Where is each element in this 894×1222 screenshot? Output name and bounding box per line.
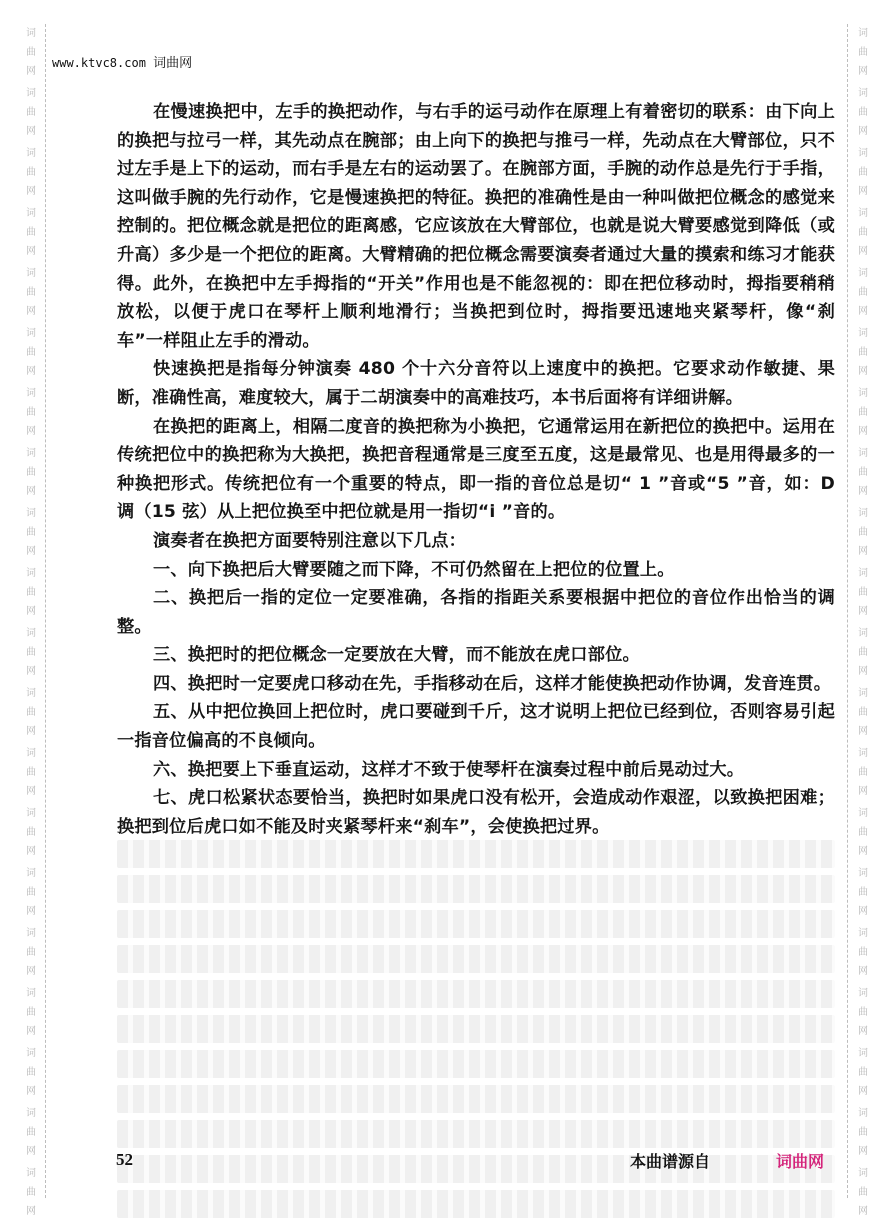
body-paragraph: 快速换把是指每分钟演奏 480 个十六分音符以上速度中的换把。它要求动作敏捷、果… [117, 355, 835, 412]
watermark-char: 曲 [858, 703, 868, 722]
watermark-char: 曲 [858, 403, 868, 422]
watermark-char: 曲 [26, 943, 36, 962]
watermark-char: 网 [858, 1022, 868, 1041]
watermark-char: 词 [858, 1164, 868, 1183]
footer-source-site[interactable]: 词曲网 [776, 1149, 824, 1172]
watermark-char: 曲 [26, 523, 36, 542]
watermark-char: 曲 [858, 103, 868, 122]
watermark-group: 词曲网 [858, 444, 868, 504]
watermark-group: 词曲网 [858, 144, 868, 204]
watermark-group: 词曲网 [858, 804, 868, 864]
watermark-group: 词曲网 [26, 984, 36, 1044]
watermark-char: 曲 [858, 43, 868, 62]
watermark-char: 词 [858, 504, 868, 523]
watermark-char: 网 [858, 842, 868, 861]
watermark-char: 曲 [858, 1183, 868, 1202]
watermark-char: 曲 [858, 583, 868, 602]
watermark-char: 词 [858, 324, 868, 343]
watermark-char: 词 [26, 684, 36, 703]
watermark-char: 网 [858, 542, 868, 561]
bleed-through-text [117, 840, 835, 1222]
body-paragraph: 在换把的距离上，相隔二度音的换把称为小换把，它通常运用在新把位的换把中。运用在传… [117, 413, 835, 527]
watermark-char: 曲 [26, 43, 36, 62]
watermark-group: 词曲网 [858, 864, 868, 924]
body-paragraph: 二、换把后一指的定位一定要准确，各指的指距关系要根据中把位的音位作出恰当的调整。 [117, 584, 835, 641]
body-paragraph: 四、换把时一定要虎口移动在先，手指移动在后，这样才能使换把动作协调，发音连贯。 [117, 670, 835, 699]
watermark-char: 网 [26, 422, 36, 441]
watermark-char: 曲 [858, 523, 868, 542]
watermark-char: 网 [26, 362, 36, 381]
watermark-group: 词曲网 [26, 84, 36, 144]
watermark-char: 词 [26, 924, 36, 943]
right-margin-watermark: 词曲网词曲网词曲网词曲网词曲网词曲网词曲网词曲网词曲网词曲网词曲网词曲网词曲网词… [840, 24, 880, 1198]
left-margin-watermark: 词曲网词曲网词曲网词曲网词曲网词曲网词曲网词曲网词曲网词曲网词曲网词曲网词曲网词… [0, 24, 40, 1198]
watermark-char: 网 [26, 1202, 36, 1221]
watermark-char: 曲 [26, 1063, 36, 1082]
body-paragraph: 七、虎口松紧状态要恰当，换把时如果虎口没有松开，会造成动作艰涩，以致换把困难；换… [117, 784, 835, 841]
watermark-group: 词曲网 [26, 804, 36, 864]
watermark-char: 曲 [26, 103, 36, 122]
watermark-char: 网 [26, 62, 36, 81]
footer-source-label: 本曲谱源自 [630, 1149, 710, 1172]
watermark-char: 网 [858, 962, 868, 981]
body-paragraph: 三、换把时的把位概念一定要放在大臂，而不能放在虎口部位。 [117, 641, 835, 670]
margin-dashed-rule [45, 24, 46, 1198]
watermark-char: 网 [858, 122, 868, 141]
watermark-char: 曲 [858, 1063, 868, 1082]
body-paragraph: 六、换把要上下垂直运动，这样才不致于使琴杆在演奏过程中前后晃动过大。 [117, 756, 835, 785]
watermark-char: 词 [26, 324, 36, 343]
watermark-char: 曲 [26, 1183, 36, 1202]
watermark-char: 词 [858, 984, 868, 1003]
watermark-group: 词曲网 [858, 744, 868, 804]
watermark-char: 曲 [858, 643, 868, 662]
watermark-char: 词 [26, 1104, 36, 1123]
watermark-char: 曲 [858, 223, 868, 242]
watermark-char: 网 [858, 362, 868, 381]
watermark-char: 网 [26, 962, 36, 981]
watermark-char: 网 [26, 242, 36, 261]
watermark-char: 曲 [858, 343, 868, 362]
watermark-char: 网 [858, 602, 868, 621]
watermark-char: 词 [26, 264, 36, 283]
watermark-group: 词曲网 [858, 264, 868, 324]
watermark-char: 词 [26, 624, 36, 643]
watermark-char: 网 [26, 302, 36, 321]
watermark-group: 词曲网 [26, 1164, 36, 1222]
watermark-char: 网 [26, 122, 36, 141]
watermark-char: 词 [26, 984, 36, 1003]
watermark-group: 词曲网 [26, 684, 36, 744]
body-paragraph: 一、向下换把后大臂要随之而下降，不可仍然留在上把位的位置上。 [117, 556, 835, 585]
site-header: www.ktvc8.com 词曲网 [52, 52, 192, 71]
watermark-char: 词 [26, 204, 36, 223]
watermark-char: 网 [26, 662, 36, 681]
watermark-char: 词 [26, 444, 36, 463]
watermark-group: 词曲网 [26, 1044, 36, 1104]
watermark-char: 网 [26, 482, 36, 501]
watermark-group: 词曲网 [26, 24, 36, 84]
watermark-char: 词 [858, 804, 868, 823]
body-paragraph: 五、从中把位换回上把位时，虎口要碰到千斤，这才说明上把位已经到位，否则容易引起一… [117, 698, 835, 755]
watermark-char: 词 [858, 924, 868, 943]
watermark-char: 词 [858, 444, 868, 463]
watermark-char: 曲 [26, 283, 36, 302]
watermark-char: 网 [26, 842, 36, 861]
watermark-stack: 词曲网词曲网词曲网词曲网词曲网词曲网词曲网词曲网词曲网词曲网词曲网词曲网词曲网词… [858, 24, 868, 1222]
watermark-group: 词曲网 [26, 744, 36, 804]
watermark-char: 曲 [26, 583, 36, 602]
watermark-char: 曲 [26, 343, 36, 362]
watermark-char: 词 [858, 624, 868, 643]
watermark-stack: 词曲网词曲网词曲网词曲网词曲网词曲网词曲网词曲网词曲网词曲网词曲网词曲网词曲网词… [26, 24, 36, 1222]
watermark-char: 曲 [26, 223, 36, 242]
watermark-group: 词曲网 [26, 504, 36, 564]
watermark-char: 词 [26, 864, 36, 883]
watermark-group: 词曲网 [26, 444, 36, 504]
watermark-char: 网 [858, 722, 868, 741]
watermark-char: 网 [26, 1022, 36, 1041]
watermark-char: 曲 [858, 163, 868, 182]
watermark-char: 曲 [858, 823, 868, 842]
watermark-group: 词曲网 [26, 144, 36, 204]
watermark-char: 曲 [858, 1123, 868, 1142]
watermark-char: 网 [858, 62, 868, 81]
watermark-char: 词 [26, 1044, 36, 1063]
watermark-char: 曲 [858, 283, 868, 302]
watermark-char: 曲 [858, 763, 868, 782]
watermark-char: 词 [858, 684, 868, 703]
watermark-char: 网 [26, 902, 36, 921]
watermark-char: 曲 [26, 1123, 36, 1142]
watermark-char: 网 [858, 1142, 868, 1161]
watermark-char: 词 [858, 84, 868, 103]
watermark-char: 网 [858, 1082, 868, 1101]
watermark-char: 网 [26, 782, 36, 801]
watermark-group: 词曲网 [858, 324, 868, 384]
watermark-char: 词 [26, 84, 36, 103]
watermark-char: 网 [858, 902, 868, 921]
watermark-char: 词 [858, 1044, 868, 1063]
watermark-group: 词曲网 [858, 1164, 868, 1222]
watermark-char: 词 [858, 384, 868, 403]
watermark-char: 词 [858, 864, 868, 883]
watermark-char: 网 [858, 1202, 868, 1221]
watermark-group: 词曲网 [858, 204, 868, 264]
watermark-group: 词曲网 [858, 384, 868, 444]
watermark-group: 词曲网 [26, 1104, 36, 1164]
watermark-char: 曲 [858, 463, 868, 482]
watermark-char: 词 [858, 204, 868, 223]
site-url[interactable]: www.ktvc8.com [52, 56, 146, 70]
watermark-char: 网 [26, 602, 36, 621]
watermark-group: 词曲网 [26, 204, 36, 264]
watermark-char: 曲 [26, 763, 36, 782]
watermark-char: 词 [858, 264, 868, 283]
watermark-char: 词 [858, 144, 868, 163]
body-paragraph: 在慢速换把中，左手的换把动作，与右手的运弓动作在原理上有着密切的联系：由下向上的… [117, 98, 835, 355]
watermark-char: 曲 [26, 823, 36, 842]
page-number: 52 [116, 1150, 133, 1170]
watermark-group: 词曲网 [26, 924, 36, 984]
watermark-char: 曲 [26, 703, 36, 722]
watermark-group: 词曲网 [858, 504, 868, 564]
watermark-char: 曲 [858, 883, 868, 902]
watermark-char: 网 [26, 542, 36, 561]
watermark-char: 曲 [858, 1003, 868, 1022]
watermark-char: 词 [26, 1164, 36, 1183]
watermark-char: 网 [26, 1142, 36, 1161]
watermark-char: 词 [26, 144, 36, 163]
watermark-char: 网 [26, 182, 36, 201]
watermark-group: 词曲网 [858, 684, 868, 744]
watermark-char: 词 [26, 804, 36, 823]
watermark-char: 网 [26, 1082, 36, 1101]
body-paragraph: 演奏者在换把方面要特别注意以下几点： [117, 527, 835, 556]
watermark-group: 词曲网 [26, 324, 36, 384]
watermark-char: 曲 [858, 943, 868, 962]
watermark-char: 网 [858, 482, 868, 501]
watermark-char: 词 [26, 24, 36, 43]
watermark-group: 词曲网 [26, 264, 36, 324]
watermark-char: 词 [858, 744, 868, 763]
watermark-group: 词曲网 [858, 1044, 868, 1104]
watermark-group: 词曲网 [26, 864, 36, 924]
watermark-group: 词曲网 [858, 24, 868, 84]
watermark-char: 曲 [26, 643, 36, 662]
watermark-char: 词 [858, 1104, 868, 1123]
watermark-group: 词曲网 [858, 624, 868, 684]
watermark-group: 词曲网 [858, 84, 868, 144]
watermark-char: 网 [858, 662, 868, 681]
watermark-char: 网 [26, 722, 36, 741]
watermark-group: 词曲网 [26, 384, 36, 444]
watermark-char: 网 [858, 422, 868, 441]
watermark-char: 词 [26, 564, 36, 583]
watermark-char: 网 [858, 302, 868, 321]
page-body: 在慢速换把中，左手的换把动作，与右手的运弓动作在原理上有着密切的联系：由下向上的… [117, 98, 835, 841]
watermark-group: 词曲网 [858, 564, 868, 624]
watermark-char: 曲 [26, 463, 36, 482]
watermark-char: 网 [858, 242, 868, 261]
site-name: 词曲网 [153, 56, 192, 71]
watermark-char: 词 [26, 744, 36, 763]
watermark-char: 词 [858, 24, 868, 43]
watermark-char: 词 [26, 504, 36, 523]
watermark-group: 词曲网 [858, 984, 868, 1044]
watermark-group: 词曲网 [858, 1104, 868, 1164]
watermark-group: 词曲网 [26, 624, 36, 684]
watermark-char: 词 [26, 384, 36, 403]
watermark-char: 曲 [26, 883, 36, 902]
watermark-char: 曲 [26, 1003, 36, 1022]
watermark-group: 词曲网 [858, 924, 868, 984]
watermark-char: 曲 [26, 163, 36, 182]
watermark-char: 网 [858, 182, 868, 201]
watermark-group: 词曲网 [26, 564, 36, 624]
watermark-char: 网 [858, 782, 868, 801]
watermark-char: 词 [858, 564, 868, 583]
watermark-char: 曲 [26, 403, 36, 422]
margin-dashed-rule [847, 24, 848, 1198]
